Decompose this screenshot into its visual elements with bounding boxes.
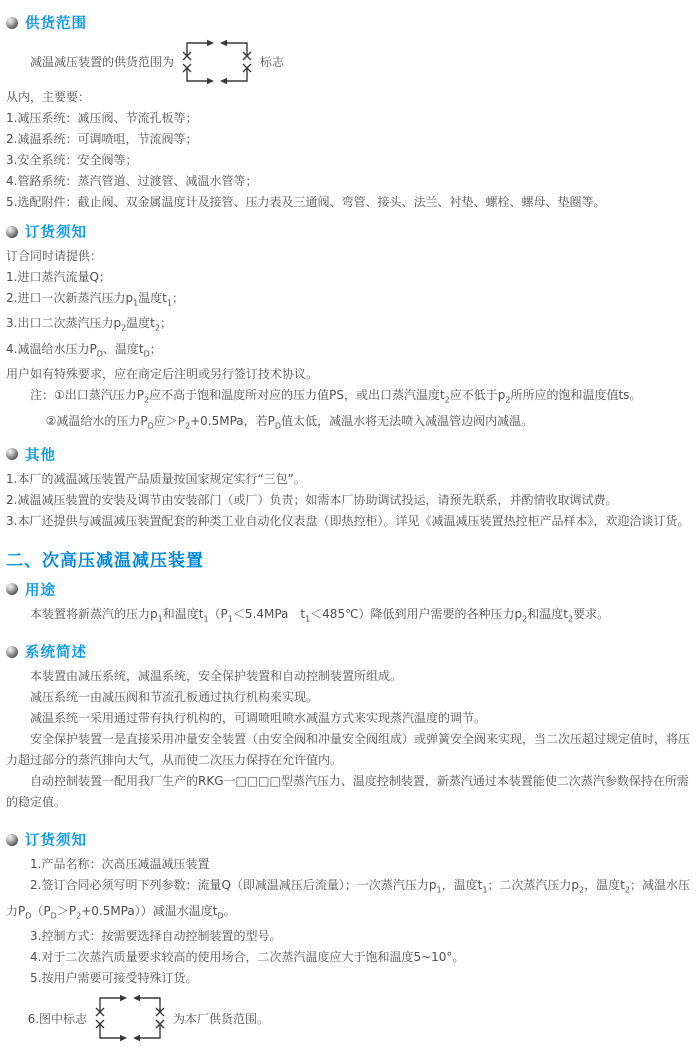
section-title-others: 其他 — [25, 444, 56, 465]
ordering1-note-2: ②减温给水的压力PD应＞P2+0.5MPa，若PD值太低，减温水将无法喷入减温管… — [6, 411, 692, 436]
others-item: 3.本厂还提供与减温减压装置配套的种类工业自动化仪表盘（即热控柜）。详见《减温减… — [6, 511, 692, 532]
supply-scope-item: 3.安全系统：安全阀等； — [6, 150, 692, 171]
section-title-supply-scope: 供货范围 — [25, 12, 87, 33]
section-header-system-overview: 系统简述 — [6, 641, 692, 662]
bullet-sphere-icon — [6, 834, 18, 846]
ordering2-item: 4.对于二次蒸汽质量要求较高的使用场合，二次蒸汽温度应大于饱和温度5~10°。 — [6, 947, 692, 968]
system-paragraph: 自动控制装置一配用我厂生产的RKG一□□□□型蒸汽压力、温度控制装置，新蒸汽通过… — [6, 771, 692, 813]
supply-scope-symbol-label: 标志 — [260, 52, 284, 73]
supply-scope-item: 5.选配附件：截止阀、双金属温度计及接管、压力表及三通阀、弯管、接头、法兰、衬垫… — [6, 192, 692, 213]
others-item: 2.减温减压装置的安装及调节由安装部门（或厂）负责；如需本厂协助调试投运，请预先… — [6, 490, 692, 511]
ordering2-item6-row: 6.图中标志 为本厂供货范围。 — [6, 991, 692, 1045]
section-header-others: 其他 — [6, 444, 692, 465]
supply-boundary-symbol — [89, 991, 171, 1045]
supply-boundary-symbol — [176, 37, 258, 87]
section-header-ordering-notice-2: 订货须知 — [6, 829, 692, 850]
others-item: 1.本厂的减温减压装置产品质量按国家规定实行“三包”。 — [6, 469, 692, 490]
ordering2-item: 2.签订合同必须写明下列参数：流量Q（即减温减压后流量）；一次蒸汽压力p1，温度… — [6, 875, 692, 926]
system-paragraph: 减温系统一采用通过带有执行机构的，可调喷咀喷水减温方式来实现蒸汽温度的调节。 — [6, 708, 692, 729]
ordering1-note-1: 注：①出口蒸汽压力P2应不高于饱和温度所对应的压力值PS，或出口蒸汽温度t2应不… — [6, 385, 692, 410]
ordering2-item6-text-before: 6.图中标志 — [28, 1010, 87, 1027]
system-paragraph: 本装置由减压系统，减温系统，安全保护装置和自动控制装置所组成。 — [6, 666, 692, 687]
supply-scope-item: 4.管路系统：蒸汽管道、过渡管、减温水管等； — [6, 171, 692, 192]
bullet-sphere-icon — [6, 583, 18, 595]
ordering2-item: 3.控制方式：按需要选择自动控制装置的型号。 — [6, 926, 692, 947]
bullet-sphere-icon — [6, 17, 18, 29]
ordering2-item: 5.按用户需要可接受特殊订货。 — [6, 968, 692, 989]
section-header-ordering-notice-1: 订货须知 — [6, 221, 692, 242]
ordering2-item: 1.产品名称：次高压减温减压装置 — [6, 854, 692, 875]
supply-scope-intro-text: 减温减压装置的供货范围为 — [30, 52, 174, 73]
bullet-sphere-icon — [6, 646, 18, 658]
bullet-sphere-icon — [6, 448, 18, 460]
ordering1-intro: 订合同时请提供： — [6, 246, 692, 267]
bullet-sphere-icon — [6, 226, 18, 238]
supply-scope-intro-row: 减温减压装置的供货范围为 标志 — [6, 37, 692, 87]
document-page: 供货范围 减温减压装置的供货范围为 标志 从内，主要要： 1. — [0, 0, 700, 1055]
ordering1-item: 1.进口蒸汽流量Q； — [6, 267, 692, 288]
supply-scope-item: 1.减压系统：减压阀、节流孔板等； — [6, 108, 692, 129]
system-paragraph: 减压系统一由减压阀和节流孔板通过执行机构来实现。 — [6, 687, 692, 708]
ordering2-item6-text-after: 为本厂供货范围。 — [173, 1010, 269, 1027]
chapter-heading: 二、次高压减温减压装置 — [6, 546, 692, 571]
ordering1-item: 4.减温给水压力PD、温度tD； — [6, 339, 692, 364]
ordering1-item: 2.进口一次新蒸汽压力p1温度t1； — [6, 288, 692, 313]
section-title-ordering-notice-2: 订货须知 — [25, 829, 87, 850]
section-title-ordering-notice-1: 订货须知 — [25, 221, 87, 242]
section-header-supply-scope: 供货范围 — [6, 12, 692, 33]
supply-scope-item: 2.减温系统：可调喷咀，节流阀等； — [6, 129, 692, 150]
section-header-usage: 用途 — [6, 579, 692, 600]
section-title-usage: 用途 — [25, 579, 56, 600]
ordering1-special-note: 用户如有特殊要求，应在商定后注明或另行签订技术协议。 — [6, 364, 692, 385]
section-title-system-overview: 系统简述 — [25, 641, 87, 662]
supply-scope-intro-continuation: 从内，主要要： — [6, 87, 692, 108]
usage-body: 本装置将新蒸汽的压力p1和温度t1（P1＜5.4MPa t1＜485℃）降低到用… — [6, 604, 692, 629]
ordering1-item: 3.出口二次蒸汽压力p2温度t2； — [6, 313, 692, 338]
system-paragraph: 安全保护装置一是直接采用冲量安全装置（由安全阀和冲量安全阀组成）或弹簧安全阀来实… — [6, 729, 692, 771]
